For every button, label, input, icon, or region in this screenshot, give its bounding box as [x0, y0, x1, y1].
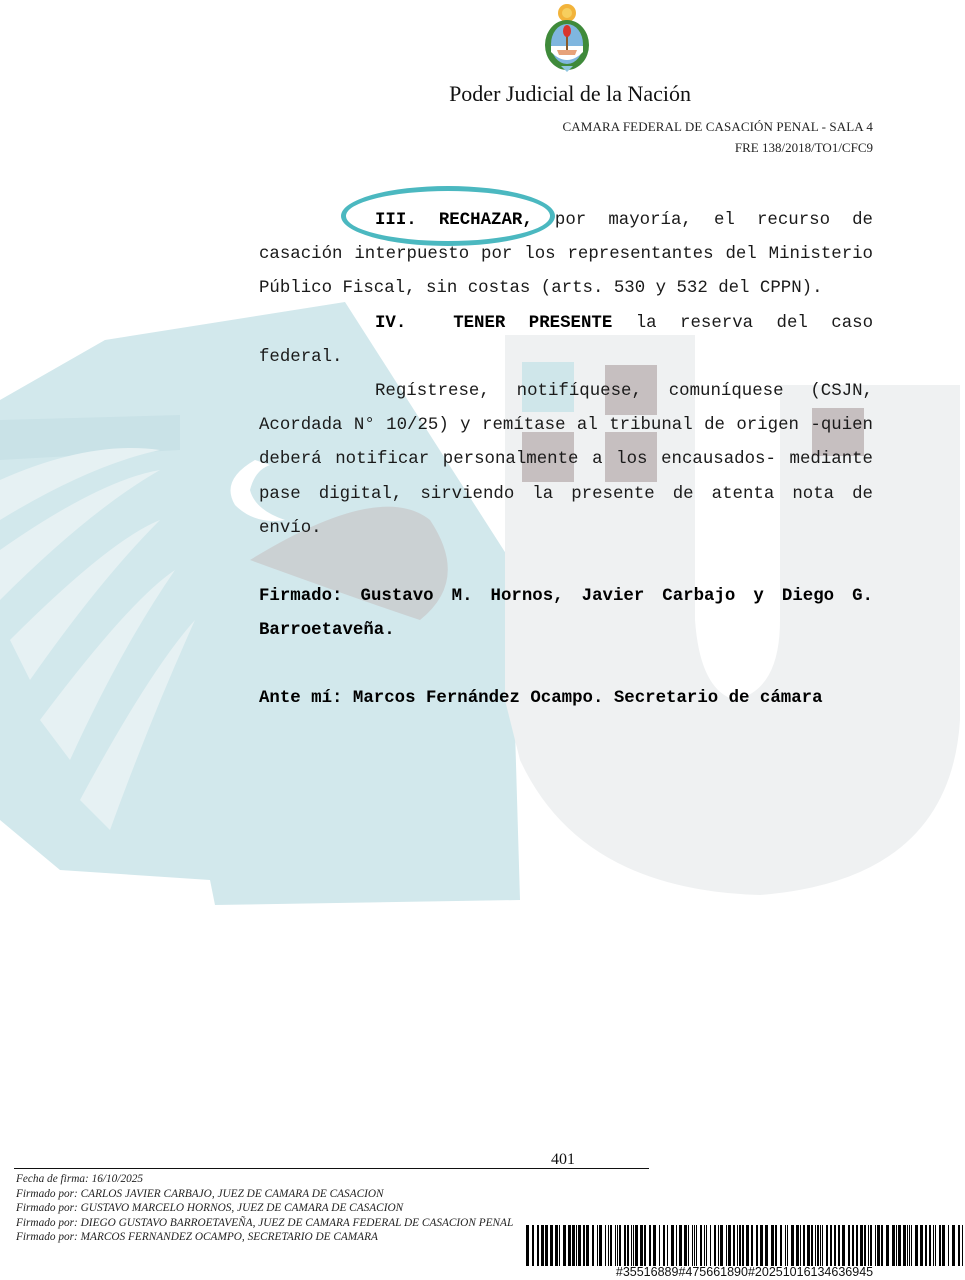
institution-title: Poder Judicial de la Nación [0, 81, 691, 107]
ruling-body: III. RECHAZAR, por mayoría, el recurso d… [259, 204, 873, 717]
signature-line: Firmado por: CARLOS JAVIER CARBAJO, JUEZ… [16, 1187, 513, 1202]
ruling-closing: Regístrese, notifíquese, comuníquese (CS… [259, 375, 873, 546]
document-page: Poder Judicial de la Nación CAMARA FEDER… [0, 0, 965, 1280]
signature-line: Firmado por: GUSTAVO MARCELO HORNOS, JUE… [16, 1201, 513, 1216]
signature-date: Fecha de firma: 16/10/2025 [16, 1172, 513, 1187]
ruling-item-iv: IV. TENER PRESENTE la reserva del caso f… [259, 307, 873, 375]
argentina-coat-of-arms-icon [541, 2, 593, 74]
signed-by: Firmado: Gustavo M. Hornos, Javier Carba… [259, 580, 873, 648]
signature-block: Fecha de firma: 16/10/2025 Firmado por: … [16, 1172, 513, 1245]
highlight-ellipse [341, 186, 555, 246]
ruling-verb: TENER PRESENTE [453, 314, 612, 333]
case-number: FRE 138/2018/TO1/CFC9 [735, 140, 873, 156]
page-number: 401 [551, 1151, 575, 1169]
item-number: IV. [375, 314, 406, 333]
signature-line: Firmado por: DIEGO GUSTAVO BARROETAVEÑA,… [16, 1216, 513, 1231]
barcode-number: #35516889#475661890#20251016134636945 [526, 1265, 963, 1279]
barcode-icon [526, 1225, 963, 1266]
footer-divider [14, 1168, 649, 1169]
signature-line: Firmado por: MARCOS FERNANDEZ OCAMPO, SE… [16, 1230, 513, 1245]
court-name: CAMARA FEDERAL DE CASACIÓN PENAL - SALA … [563, 119, 873, 135]
secretary: Ante mí: Marcos Fernández Ocampo. Secret… [259, 682, 873, 716]
